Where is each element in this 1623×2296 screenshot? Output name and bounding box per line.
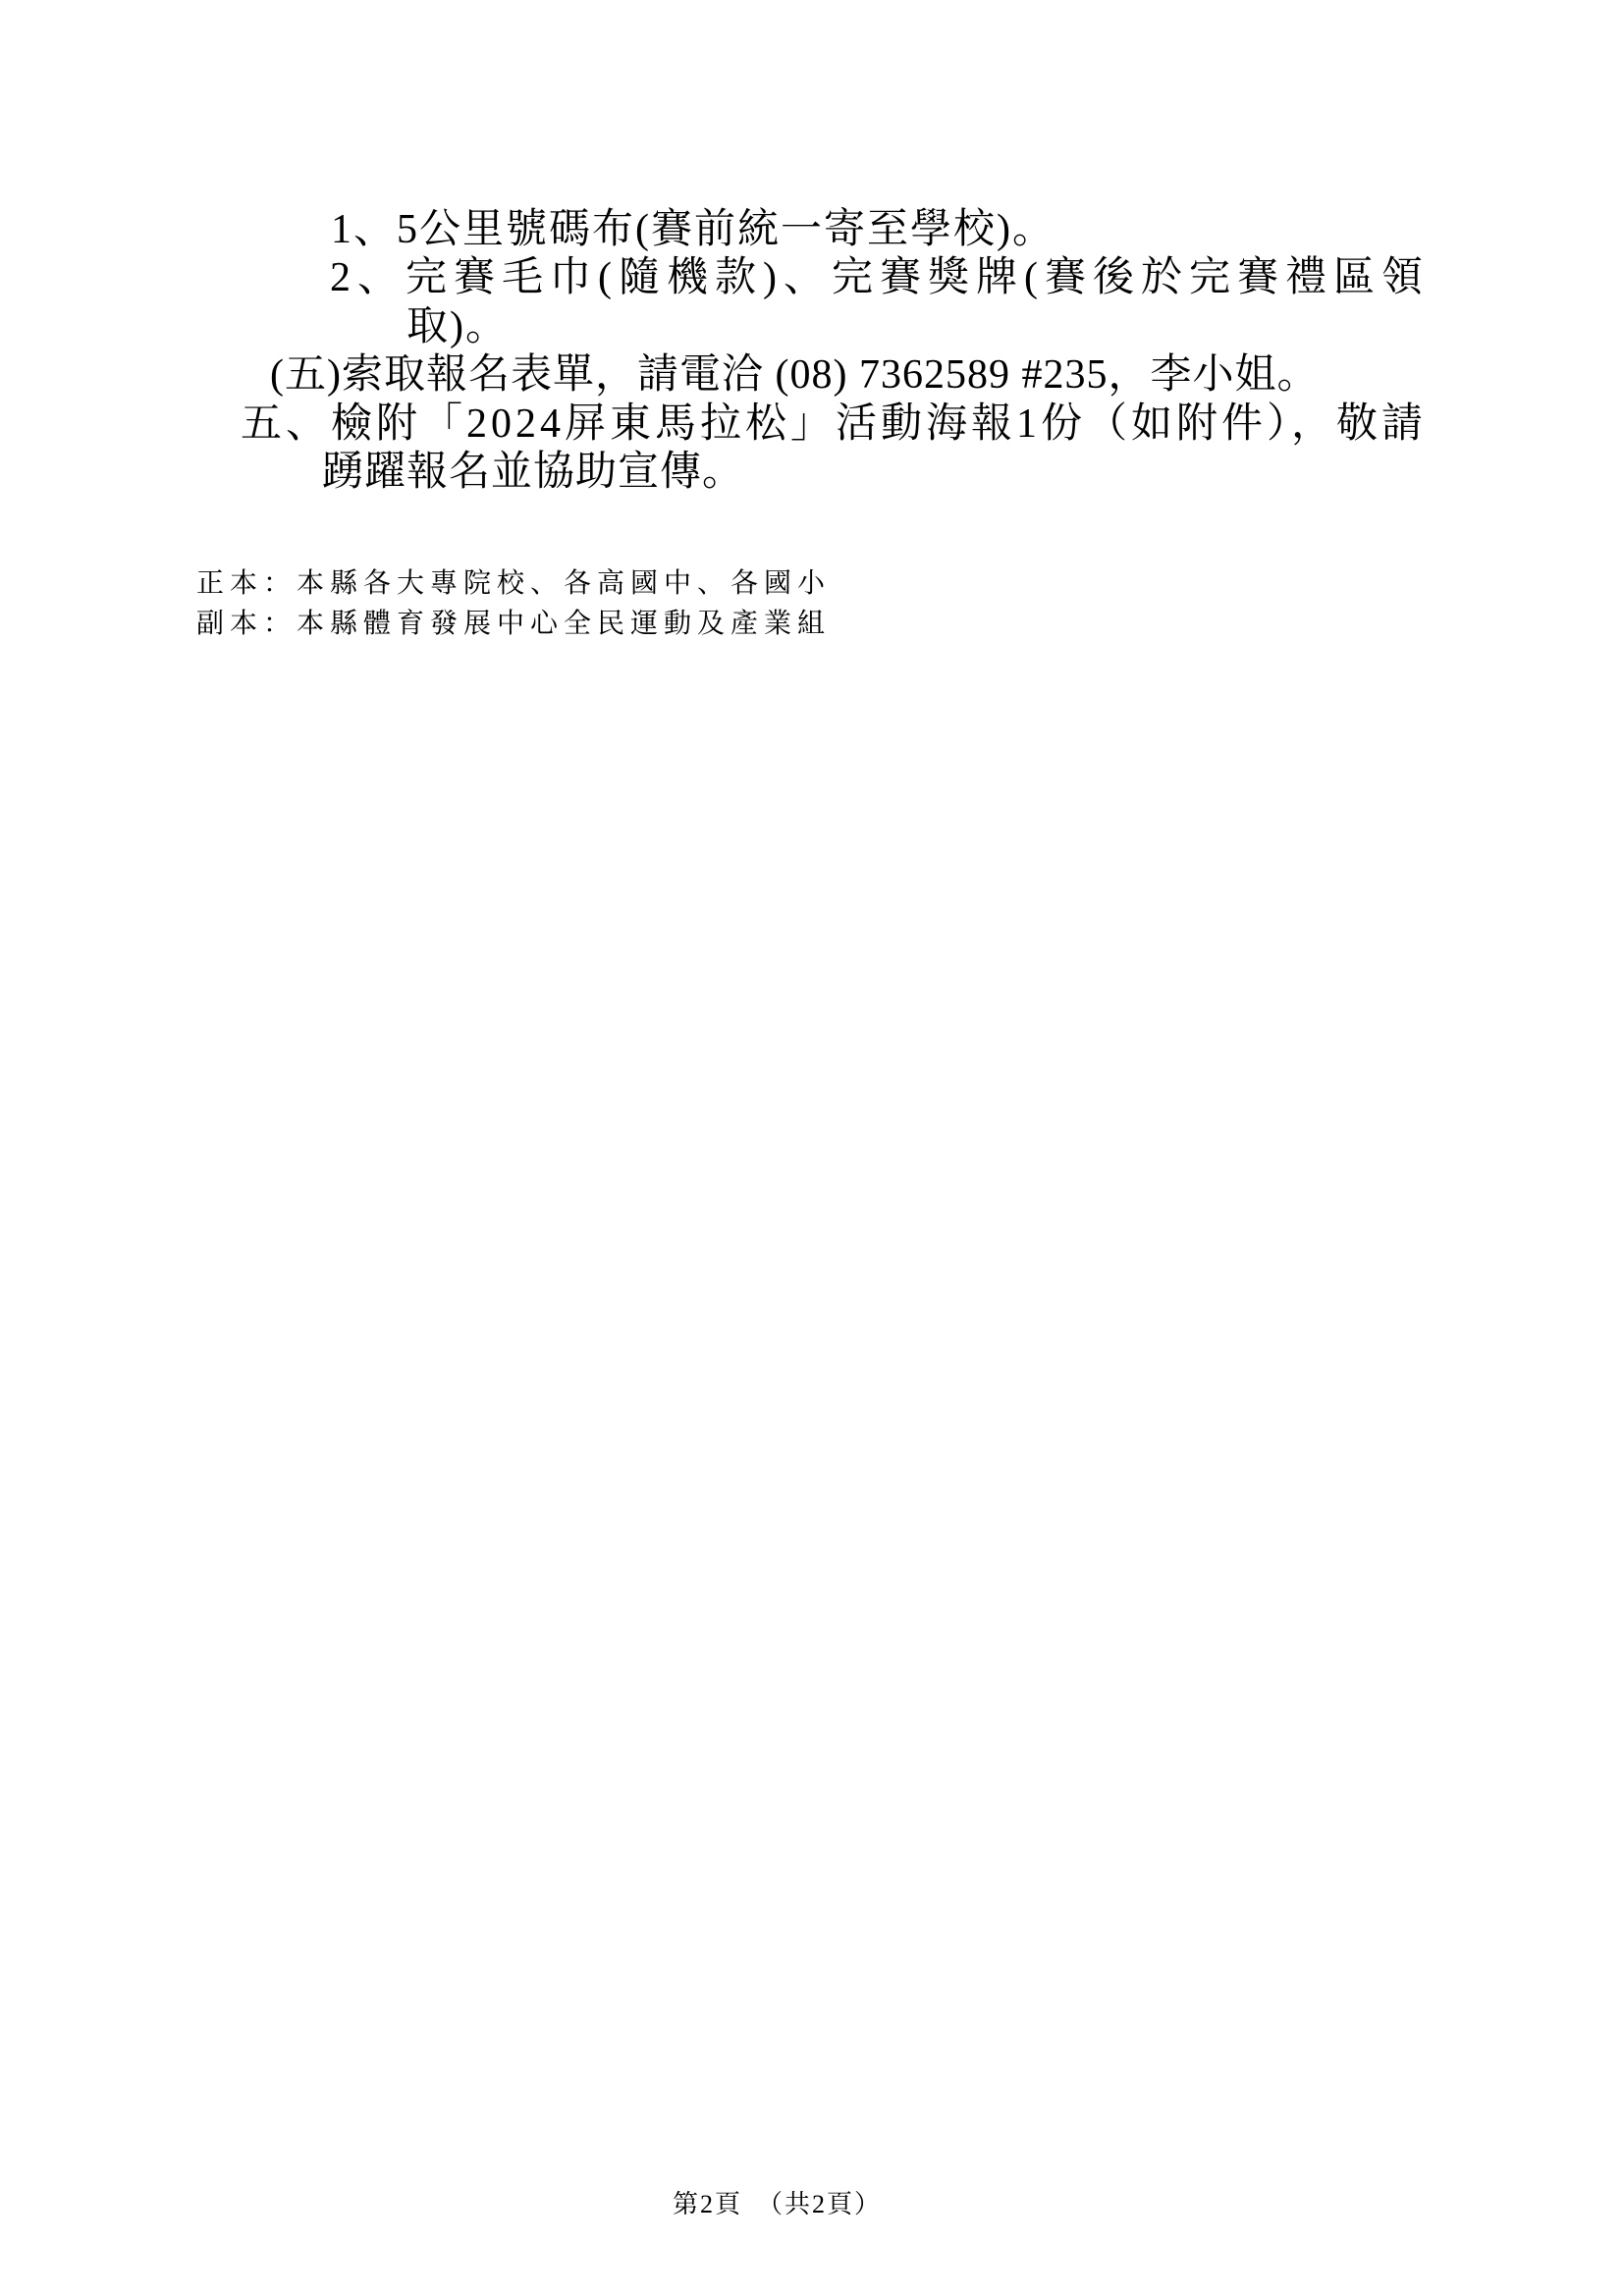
document-page: 1、5公里號碼布(賽前統一寄至學校)。 2、完賽毛巾(隨機款)、完賽獎牌(賽後於… — [0, 0, 1623, 2296]
page-number-footer: 第2頁 （共2頁） — [673, 2192, 882, 2217]
list-item-wu5: (五)索取報名表單，請電洽 (08) 7362589 #235，李小姐。 — [270, 353, 1319, 397]
list-item-5-continuation: 踴躍報名並協助宣傳。 — [322, 451, 744, 494]
list-item-1: 1、5公里號碼布(賽前統一寄至學校)。 — [331, 208, 1055, 251]
list-item-2-continuation: 取)。 — [406, 305, 509, 348]
recipient-copy-line: 副本：本縣體育發展中心全民運動及產業組 — [196, 611, 831, 638]
list-item-2: 2、完賽毛巾(隨機款)、完賽獎牌(賽後於完賽禮區領 — [330, 256, 1430, 299]
recipient-original-line: 正本：本縣各大專院校、各高國中、各國小 — [196, 570, 831, 598]
list-item-5: 五、檢附「2024屏東馬拉松」活動海報1份（如附件），敬請 — [241, 402, 1427, 446]
